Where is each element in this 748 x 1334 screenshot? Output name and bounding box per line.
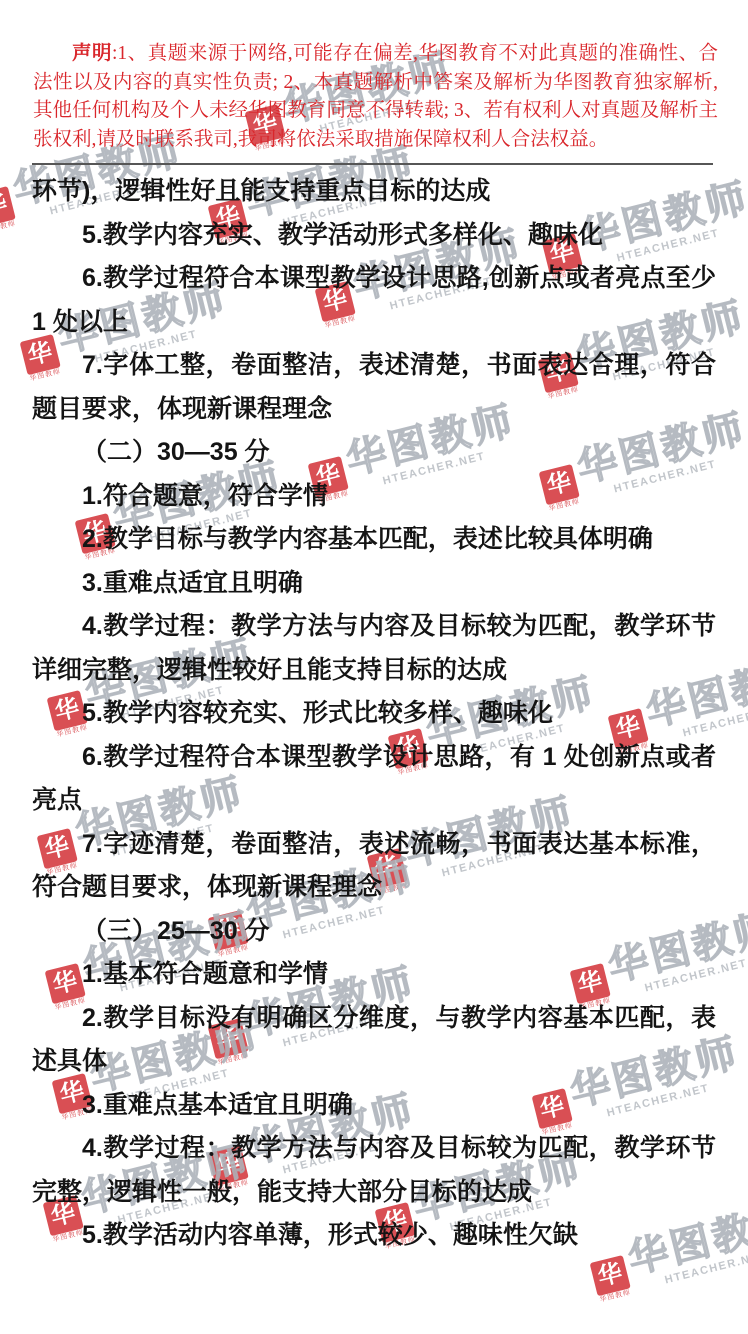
body-paragraph: （二）30—35 分	[32, 431, 716, 475]
huatu-logo-icon: 华 华图教师	[590, 1255, 633, 1305]
body-paragraph: 3.重难点基本适宜且明确	[32, 1084, 716, 1128]
body-paragraph: 6.教学过程符合本课型教学设计思路,创新点或者亮点至少 1 处以上	[32, 257, 716, 344]
body-paragraph: 1.符合题意，符合学情	[32, 475, 716, 519]
body-paragraph: 7.字迹清楚，卷面整洁，表述流畅，书面表达基本标准，符合题目要求，体现新课程理念	[32, 823, 716, 910]
body-paragraph: 2.教学目标与教学内容基本匹配，表述比较具体明确	[32, 518, 716, 562]
body-paragraph: （三）25—30 分	[32, 910, 716, 954]
body-paragraph: 1.基本符合题意和学情	[32, 953, 716, 997]
body-paragraph: 6.教学过程符合本课型教学设计思路，有 1 处创新点或者亮点	[32, 736, 716, 823]
disclaimer: 声明:1、真题来源于网络,可能存在偏差,华图教育不对此真题的准确性、合法性以及内…	[0, 0, 748, 163]
body-paragraph: 4.教学过程：教学方法与内容及目标较为匹配，教学环节完整，逻辑性一般，能支持大部…	[32, 1127, 716, 1214]
body-paragraph: 2.教学目标没有明确区分维度，与教学内容基本匹配，表述具体	[32, 997, 716, 1084]
body-paragraph: 环节)，逻辑性好且能支持重点目标的达成	[32, 170, 716, 214]
body-paragraph: 5.教学活动内容单薄，形式较少、趣味性欠缺	[32, 1214, 716, 1258]
body-paragraph: 7.字体工整，卷面整洁，表述清楚，书面表达合理，符合题目要求，体现新课程理念	[32, 344, 716, 431]
disclaimer-text: :1、真题来源于网络,可能存在偏差,华图教育不对此真题的准确性、合法性以及内容的…	[33, 43, 718, 150]
huatu-logo-glyph: 华	[590, 1255, 631, 1296]
body-paragraph: 3.重难点适宜且明确	[32, 562, 716, 606]
huatu-logo-caption: 华图教师	[599, 1289, 632, 1305]
disclaimer-label: 声明	[72, 43, 112, 64]
page-content: 声明:1、真题来源于网络,可能存在偏差,华图教育不对此真题的准确性、合法性以及内…	[0, 0, 748, 1258]
document-page: 华 华图教师 华图教师 HTEACHER.NET 华 华图教师 华图教师 HTE…	[0, 0, 748, 1334]
body-paragraph: 5.教学内容充实、教学活动形式多样化、趣味化	[32, 214, 716, 258]
body-paragraph: 5.教学内容较充实、形式比较多样、趣味化	[32, 692, 716, 736]
body-paragraph: 4.教学过程：教学方法与内容及目标较为匹配，教学环节详细完整，逻辑性较好且能支持…	[32, 605, 716, 692]
body-text: 环节)，逻辑性好且能支持重点目标的达成5.教学内容充实、教学活动形式多样化、趣味…	[0, 165, 748, 1258]
